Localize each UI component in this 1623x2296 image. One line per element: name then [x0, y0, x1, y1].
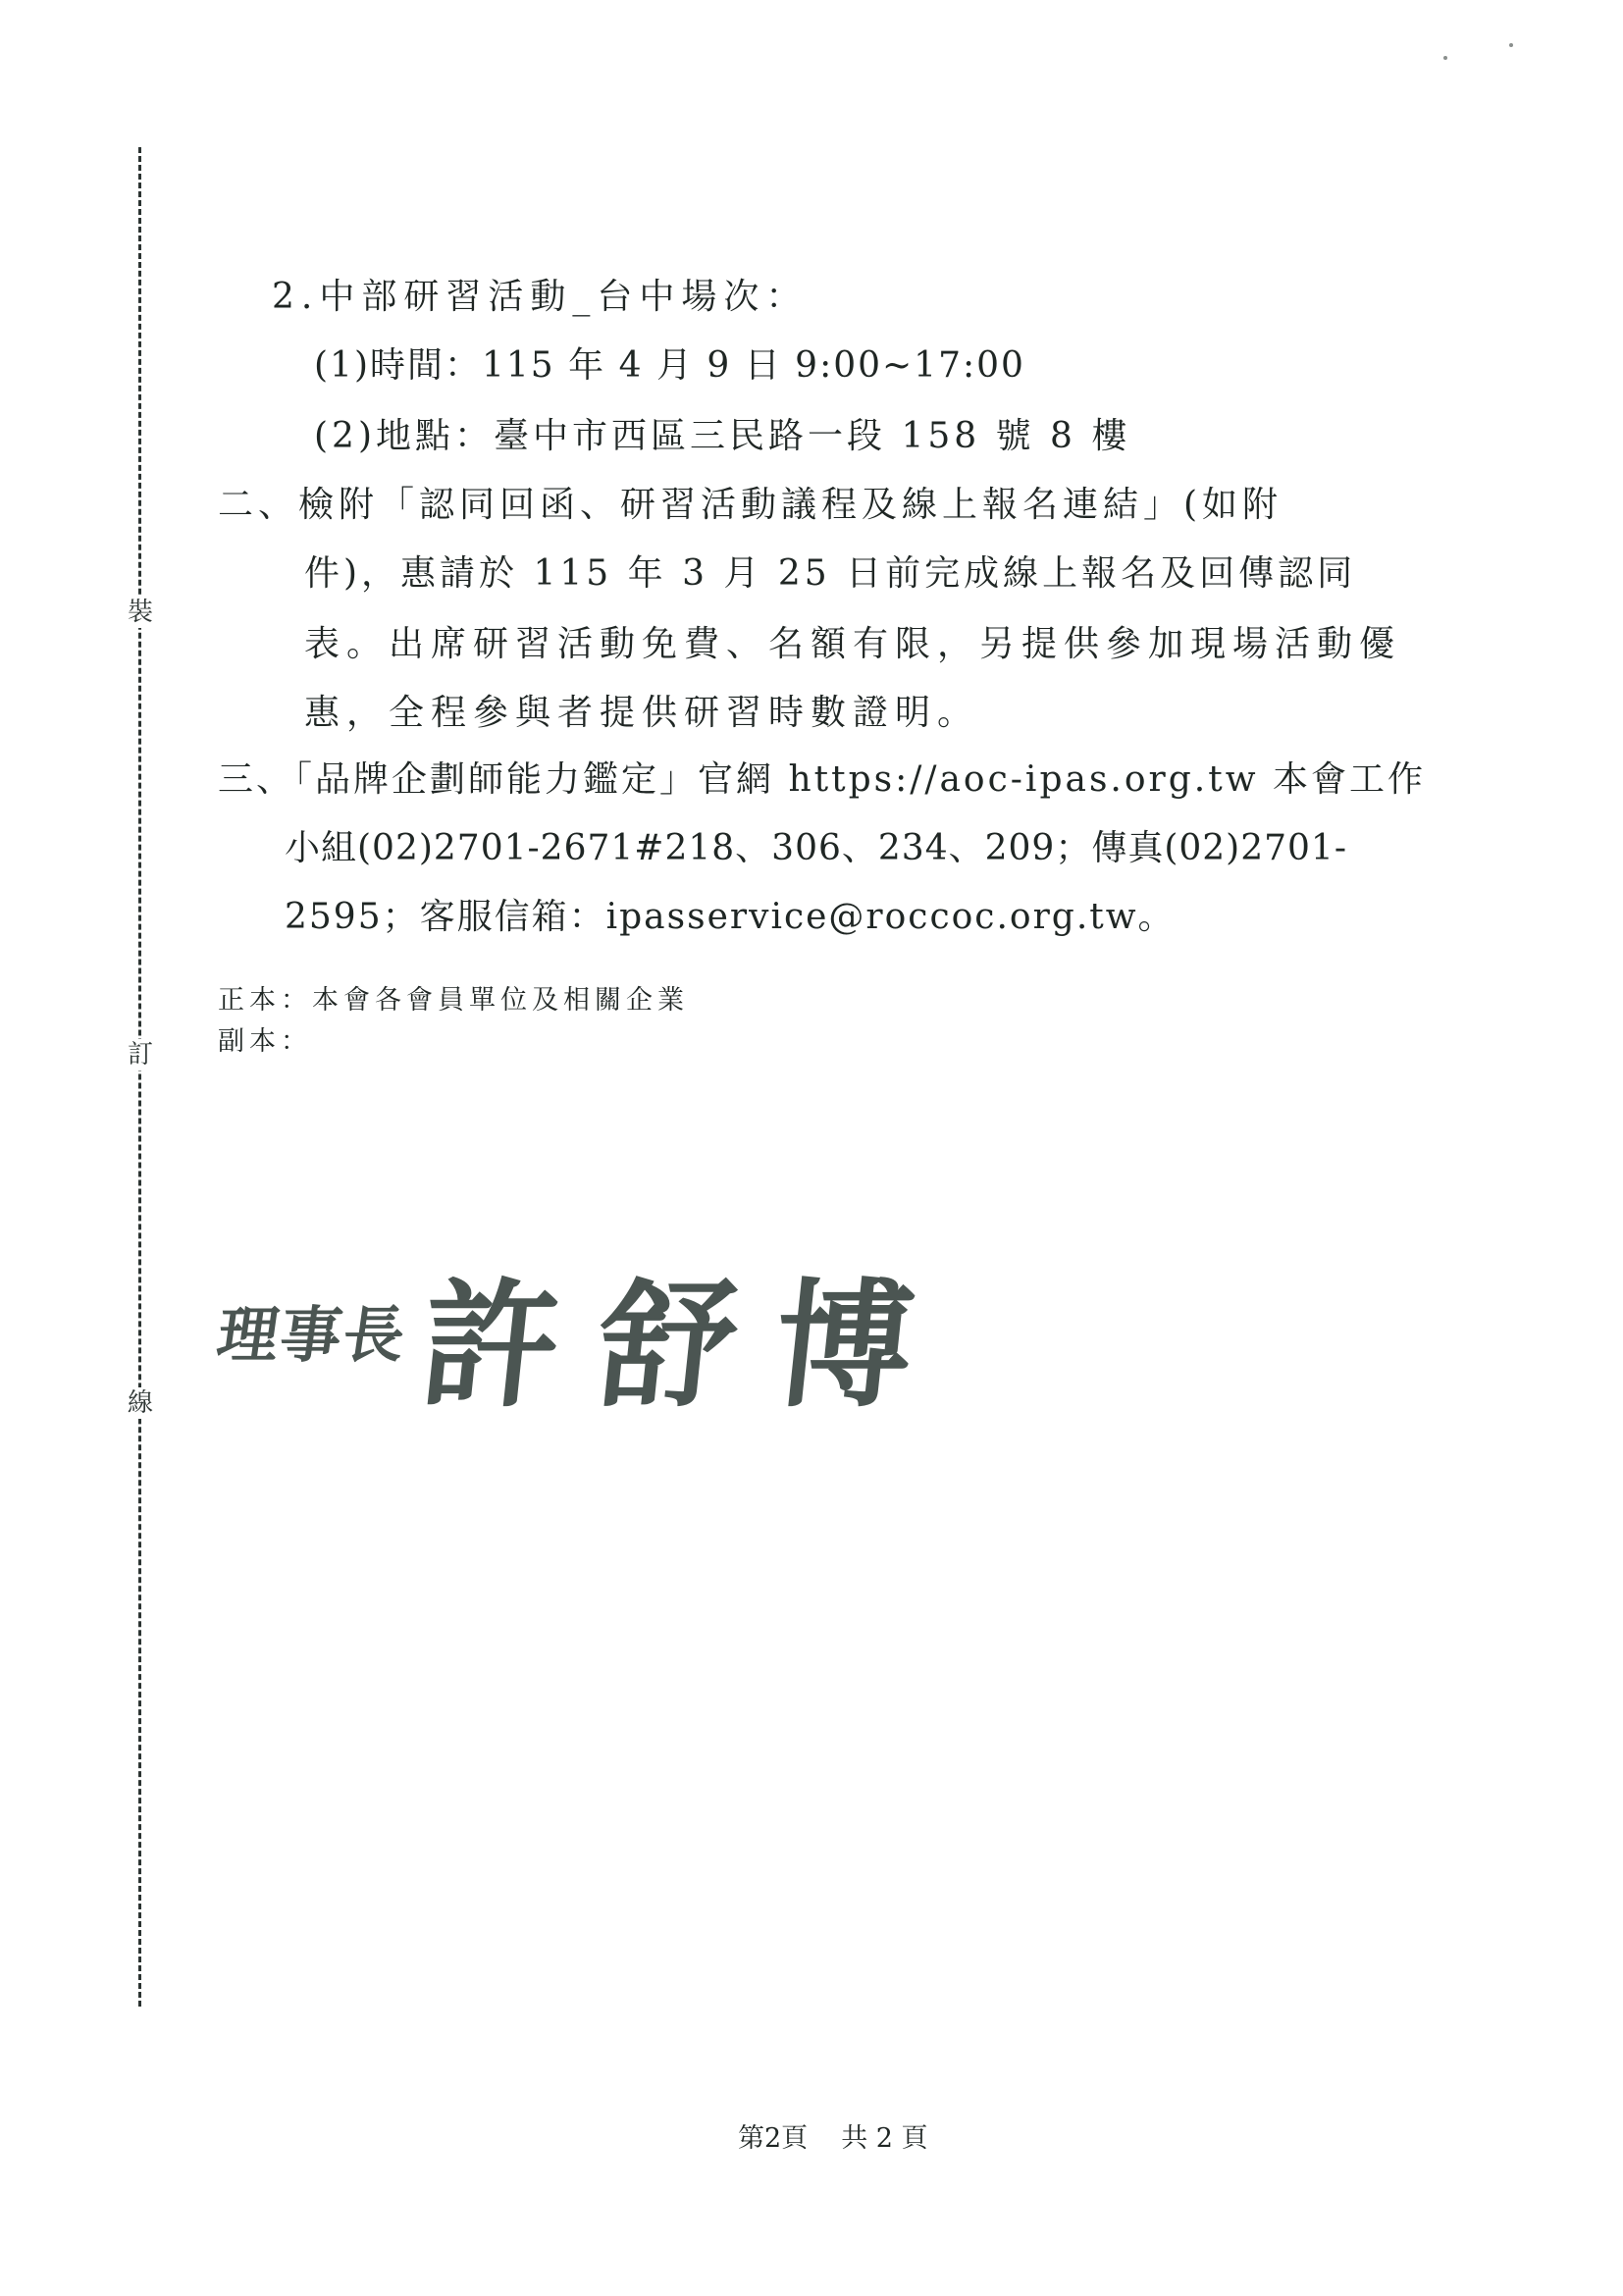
section-3-line-2: 小組(02)2701-2671#218、306、234、209；傳真(02)27… — [285, 827, 1347, 870]
signature-title: 理事長 — [212, 1291, 413, 1380]
document-page: 裝 訂 線 2.中部研習活動_台中場次： (1)時間：115 年 4 月 9 日… — [0, 0, 1623, 2296]
session-heading: 2.中部研習活動_台中場次： — [272, 276, 808, 319]
binding-mark-ding: 訂 — [126, 1039, 155, 1070]
scan-speck — [1443, 56, 1447, 60]
section-2-line-4: 惠，全程參與者提供研習時數證明。 — [304, 692, 979, 735]
section-3-line-3: 2595；客服信箱：ipasservice@roccoc.org.tw。 — [285, 896, 1176, 939]
page-footer: 第2頁共 2 頁 — [738, 2122, 928, 2156]
section-2-line-1: 二、檢附「認同回函、研習活動議程及線上報名連結」(如附 — [218, 484, 1283, 527]
section-3-line-1: 三、「品牌企劃師能力鑑定」官網 https://aoc-ipas.org.tw … — [218, 758, 1426, 802]
binding-mark-zhuang: 裝 — [126, 597, 155, 628]
distribution-original: 正本：本會各會員單位及相關企業 — [218, 984, 689, 1018]
scan-speck — [1509, 43, 1513, 47]
distribution-copy: 副本： — [218, 1025, 312, 1059]
signature-name: 許舒博 — [413, 1266, 960, 1428]
section-2-line-2: 件)，惠請於 115 年 3 月 25 日前完成線上報名及回傳認同 — [304, 552, 1356, 596]
binding-mark-xian: 線 — [126, 1387, 155, 1419]
session-location: (2)地點：臺中市西區三民路一段 158 號 8 樓 — [314, 415, 1130, 458]
page-current: 第2頁 — [738, 2123, 808, 2154]
page-total: 共 2 頁 — [841, 2123, 927, 2154]
binding-dashed-line — [138, 147, 141, 2007]
session-time: (1)時間：115 年 4 月 9 日 9:00~17:00 — [314, 344, 1025, 388]
section-2-line-3: 表。出席研習活動免費、名額有限，另提供參加現場活動優 — [304, 623, 1401, 666]
